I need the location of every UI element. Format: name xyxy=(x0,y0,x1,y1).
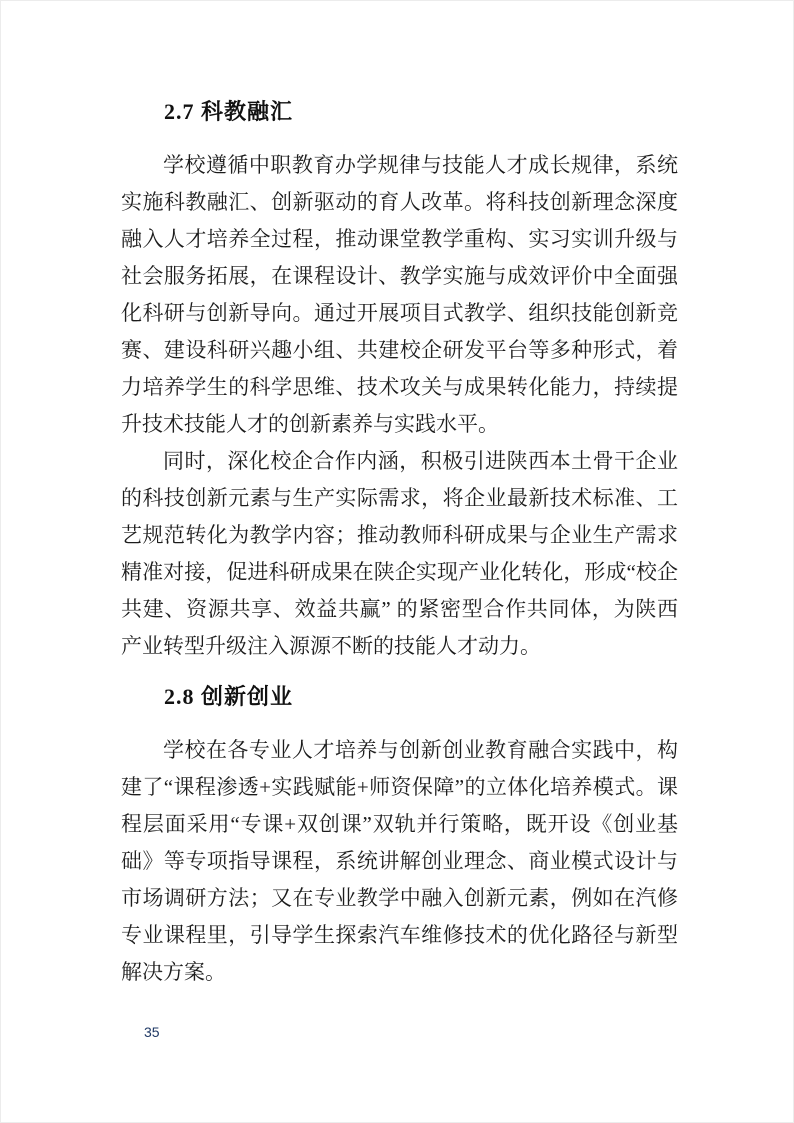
paragraph-science-education: 学校遵循中职教育办学规律与技能人才成长规律，系统实施科教融汇、创新驱动的育人改革… xyxy=(121,147,678,443)
document-page: 2.7 科教融汇 学校遵循中职教育办学规律与技能人才成长规律，系统实施科教融汇、… xyxy=(0,0,794,1123)
page-content: 2.7 科教融汇 学校遵循中职教育办学规律与技能人才成长规律，系统实施科教融汇、… xyxy=(121,97,678,991)
section-heading-2-7: 2.7 科教融汇 xyxy=(121,97,678,127)
page-number: 35 xyxy=(144,1023,160,1041)
paragraph-school-enterprise-cooperation: 同时，深化校企合作内涵，积极引进陕西本土骨干企业的科技创新元素与生产实际需求，将… xyxy=(121,443,678,665)
section-heading-2-8: 2.8 创新创业 xyxy=(121,682,678,712)
paragraph-innovation-entrepreneurship: 学校在各专业人才培养与创新创业教育融合实践中，构建了“课程渗透+实践赋能+师资保… xyxy=(121,732,678,991)
